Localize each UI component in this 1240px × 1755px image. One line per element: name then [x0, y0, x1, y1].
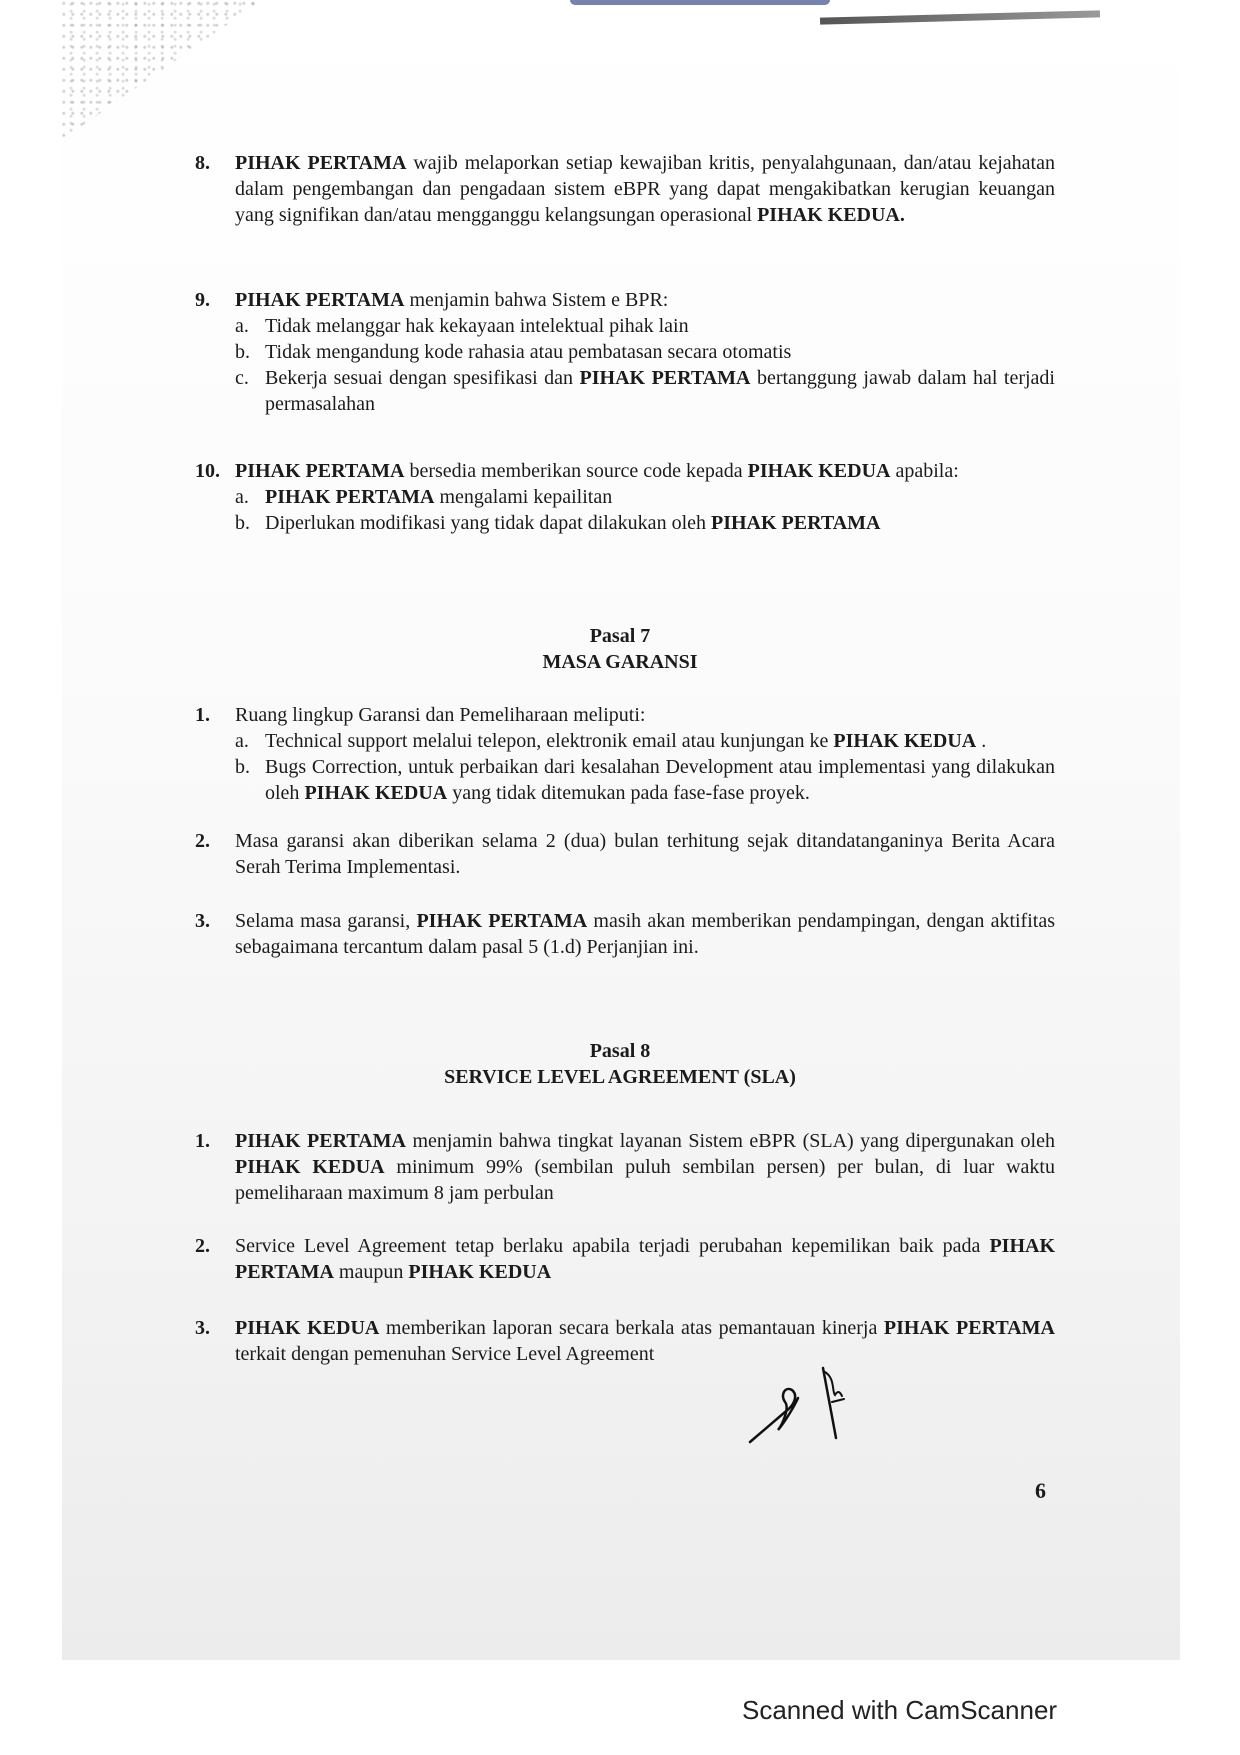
party-name: PIHAK KEDUA	[833, 730, 976, 752]
party-name: PIHAK PERTAMA	[235, 1130, 406, 1152]
party-name: PIHAK PERTAMA	[235, 152, 406, 174]
party-name: PIHAK PERTAMA	[235, 460, 404, 482]
party-name: PIHAK PERTAMA	[265, 486, 434, 508]
party-name: PIHAK KEDUA	[408, 1261, 551, 1283]
clause-text: PIHAK PERTAMA menjamin bahwa Sistem e BP…	[235, 287, 1055, 417]
clause-number: 1.	[195, 1128, 210, 1154]
page-number: 6	[1035, 1478, 1046, 1504]
clause-main-text: PIHAK PERTAMA menjamin bahwa tingkat lay…	[235, 1128, 1055, 1206]
clause-text: Masa garansi akan diberikan selama 2 (du…	[235, 828, 1055, 880]
clause-number: 3.	[195, 908, 210, 934]
party-name: PIHAK KEDUA	[235, 1156, 385, 1178]
clause-main-text: PIHAK PERTAMA wajib melaporkan setiap ke…	[235, 150, 1055, 228]
clause-main-text: Service Level Agreement tetap berlaku ap…	[235, 1233, 1055, 1285]
sub-clause: a.PIHAK PERTAMA mengalami kepailitan	[235, 484, 1055, 510]
party-name: PIHAK PERTAMA	[235, 1235, 1055, 1283]
clause-number: 9.	[195, 287, 210, 313]
clause-main-text: PIHAK PERTAMA menjamin bahwa Sistem e BP…	[235, 287, 1055, 313]
party-name: PIHAK KEDUA.	[757, 204, 905, 226]
sub-clause: b.Tidak mengandung kode rahasia atau pem…	[235, 339, 1055, 365]
article-title: MASA GARANSI	[0, 649, 1240, 675]
article-label: Pasal 8	[0, 1038, 1240, 1064]
clause-text: Selama masa garansi, PIHAK PERTAMA masih…	[235, 908, 1055, 960]
party-name: PIHAK PERTAMA	[711, 512, 880, 534]
scanner-watermark: Scanned with CamScanner	[742, 1695, 1057, 1726]
clause-main-text: Ruang lingkup Garansi dan Pemeliharaan m…	[235, 702, 1055, 728]
clause-number: 8.	[195, 150, 210, 176]
clause-number: 1.	[195, 702, 210, 728]
sub-clause-letter: a.	[235, 728, 249, 754]
party-name: PIHAK KEDUA	[748, 460, 891, 482]
party-name: PIHAK PERTAMA	[580, 367, 751, 389]
sub-clause-letter: b.	[235, 339, 250, 365]
clause-text: PIHAK PERTAMA wajib melaporkan setiap ke…	[235, 150, 1055, 228]
clause-text: Service Level Agreement tetap berlaku ap…	[235, 1233, 1055, 1285]
clause-main-text: Selama masa garansi, PIHAK PERTAMA masih…	[235, 908, 1055, 960]
clause-text: PIHAK PERTAMA menjamin bahwa tingkat lay…	[235, 1128, 1055, 1206]
article-title: SERVICE LEVEL AGREEMENT (SLA)	[0, 1064, 1240, 1090]
sub-clause-letter: c.	[235, 365, 249, 391]
clause-number: 2.	[195, 1233, 210, 1259]
clause-main-text: PIHAK PERTAMA bersedia memberikan source…	[235, 458, 1055, 484]
clause-text: PIHAK PERTAMA bersedia memberikan source…	[235, 458, 1055, 536]
clause-number: 3.	[195, 1315, 210, 1341]
sub-clause-letter: b.	[235, 754, 250, 780]
clause-main-text: Masa garansi akan diberikan selama 2 (du…	[235, 828, 1055, 880]
party-name: PIHAK KEDUA	[235, 1317, 379, 1339]
article-label: Pasal 7	[0, 623, 1240, 649]
sub-clause-letter: b.	[235, 510, 250, 536]
party-name: PIHAK PERTAMA	[884, 1317, 1055, 1339]
sub-clause-letter: a.	[235, 313, 249, 339]
clause-main-text: PIHAK KEDUA memberikan laporan secara be…	[235, 1315, 1055, 1367]
clause-text: PIHAK KEDUA memberikan laporan secara be…	[235, 1315, 1055, 1367]
sub-clause: b.Bugs Correction, untuk perbaikan dari …	[235, 754, 1055, 806]
sub-clause: a.Tidak melanggar hak kekayaan intelektu…	[235, 313, 1055, 339]
party-name: PIHAK PERTAMA	[235, 289, 404, 311]
party-name: PIHAK KEDUA	[304, 782, 447, 804]
sub-clause: c.Bekerja sesuai dengan spesifikasi dan …	[235, 365, 1055, 417]
clause-text: Ruang lingkup Garansi dan Pemeliharaan m…	[235, 702, 1055, 806]
scan-artifact-top	[570, 0, 830, 5]
clause-number: 2.	[195, 828, 210, 854]
sub-clause: b.Diperlukan modifikasi yang tidak dapat…	[235, 510, 1055, 536]
signature-initials	[740, 1360, 860, 1450]
sub-clause-letter: a.	[235, 484, 249, 510]
clause-number: 10.	[195, 458, 220, 484]
sub-clause: a.Technical support melalui telepon, ele…	[235, 728, 1055, 754]
party-name: PIHAK PERTAMA	[416, 910, 587, 932]
